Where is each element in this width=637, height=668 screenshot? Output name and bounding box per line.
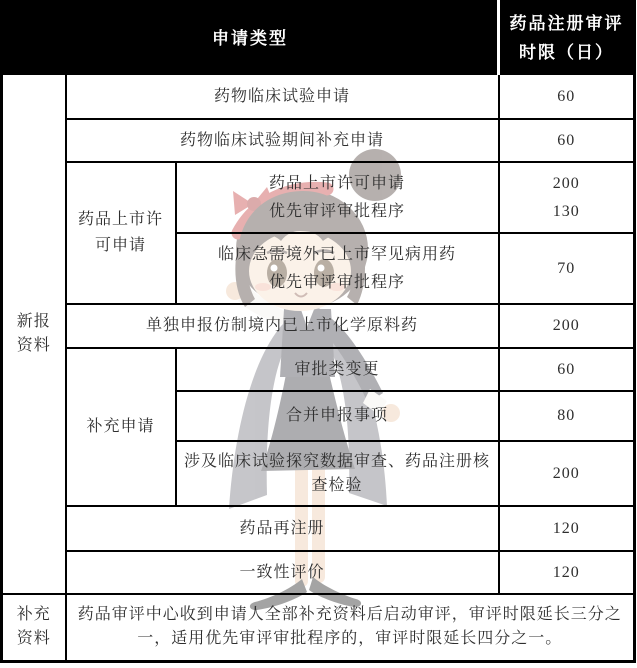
- cell-line-2: 优先审评审批程序: [183, 198, 492, 226]
- cell-days: 60: [499, 348, 635, 391]
- cell-days: 200: [499, 441, 635, 506]
- cell-days: 70: [499, 233, 635, 304]
- group-label-supplementary-dossier: 补充资料: [13, 603, 55, 651]
- header-review-time-limit: 药品注册审评时限（日）: [499, 2, 635, 75]
- cell-days: 200: [499, 304, 635, 348]
- cell-approval-type-change: 审批类变更: [176, 348, 499, 391]
- cell-consistency-evaluation: 一致性评价: [66, 551, 499, 594]
- table-row: 药物临床试验期间补充申请 60: [2, 119, 635, 162]
- cell-line-2: 优先审评审批程序: [183, 269, 492, 297]
- footer-note: 药品审评中心收到申请人全部补充资料后启动审评，审评时限延长三分之一，适用优先审评…: [66, 594, 635, 661]
- days-line-2: 130: [506, 198, 628, 226]
- cell-generic-api: 单独申报仿制境内已上市化学原料药: [66, 304, 499, 348]
- cell-marketing-authorization-items: 药品上市许可申请 优先审评审批程序: [176, 162, 499, 233]
- group-cell-new-dossier: 新报资料: [2, 74, 66, 594]
- group-label-supplementary-application: 补充申请: [86, 418, 154, 435]
- group-cell-supplementary-application: 补充申请: [66, 348, 176, 506]
- table-row: 一致性评价 120: [2, 551, 635, 594]
- cell-urgent-overseas-rare-disease: 临床急需境外已上市罕见病用药 优先审评审批程序: [176, 233, 499, 304]
- cell-supplement-during-trial: 药物临床试验期间补充申请: [66, 119, 499, 162]
- table-row: 药品上市许可申请 药品上市许可申请 优先审评审批程序 200 130: [2, 162, 635, 233]
- cell-clinical-trial-application: 药物临床试验申请: [66, 74, 499, 119]
- cell-re-registration: 药品再注册: [66, 506, 499, 551]
- header-application-type: 申请类型: [2, 2, 499, 75]
- cell-data-review-inspection: 涉及临床试验探究数据审查、药品注册核查检验: [176, 441, 499, 506]
- cell-days: 120: [499, 551, 635, 594]
- cell-line-1: 药品上市许可申请: [183, 170, 492, 198]
- cell-days: 60: [499, 74, 635, 119]
- cell-combined-filing: 合并申报事项: [176, 391, 499, 441]
- cell-days: 120: [499, 506, 635, 551]
- cell-days: 200 130: [499, 162, 635, 233]
- cell-days: 60: [499, 119, 635, 162]
- page: 申请类型 药品注册审评时限（日） 新报资料 药物临床试验申请 60 药物临床试验…: [0, 0, 637, 668]
- group-label-new-dossier: 新报资料: [13, 310, 55, 358]
- table-header-row: 申请类型 药品注册审评时限（日）: [2, 2, 635, 75]
- group-cell-marketing-authorization: 药品上市许可申请: [66, 162, 176, 304]
- table-row: 单独申报仿制境内已上市化学原料药 200: [2, 304, 635, 348]
- table-row: 新报资料 药物临床试验申请 60: [2, 74, 635, 119]
- table-row: 补充申请 审批类变更 60: [2, 348, 635, 391]
- cell-line-1: 临床急需境外已上市罕见病用药: [183, 241, 492, 269]
- table-footer-row: 补充资料 药品审评中心收到申请人全部补充资料后启动审评，审评时限延长三分之一，适…: [2, 594, 635, 661]
- group-label-marketing-authorization: 药品上市许可申请: [77, 207, 165, 259]
- table-row: 药品再注册 120: [2, 506, 635, 551]
- drug-review-timelimit-table: 申请类型 药品注册审评时限（日） 新报资料 药物临床试验申请 60 药物临床试验…: [0, 0, 636, 663]
- group-cell-supplementary-dossier: 补充资料: [2, 594, 66, 661]
- cell-days: 80: [499, 391, 635, 441]
- days-line-1: 200: [506, 170, 628, 198]
